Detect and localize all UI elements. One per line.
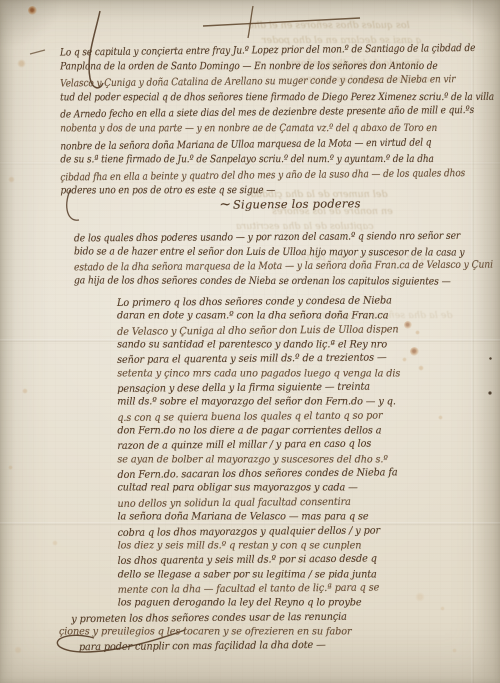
- manuscript-line: mill ds.º sobre el mayorazgo del señor d…: [117, 396, 400, 410]
- manuscript-line: cultad real para obligar sus mayorazgos …: [117, 482, 400, 496]
- manuscript-line: dello se llegase a saber por su legitima…: [118, 568, 401, 582]
- manuscript-line: de Velasco y Çuniga al dho señor don Lui…: [117, 323, 400, 340]
- manuscript-line: setenta y çinco mrs cada uno pagados lue…: [117, 367, 400, 381]
- heading-text: Siguense los poderes: [233, 196, 361, 211]
- manuscript-line: uno dellos yn solidun la qual facultad c…: [117, 495, 400, 512]
- manuscript-line: para poder cunplir con mas façilidad la …: [79, 638, 401, 655]
- manuscript-page: los quales dhos señores en el dho q ansi…: [0, 0, 500, 683]
- manuscript-line: daran en dote y casam.º con la dha señor…: [117, 310, 400, 324]
- paragraph-opening: Lo q se capitula y conçierta entre fray …: [60, 42, 494, 200]
- paragraph-first-chapter: Lo primero q los dhos señores conde y co…: [117, 295, 401, 654]
- manuscript-line: mente con la dha — facultad el tanto de …: [118, 581, 401, 598]
- manuscript-line: los paguen derogando la ley del Reyno q …: [118, 597, 401, 611]
- ink-layer: Lo q se capitula y conçierta entre fray …: [0, 0, 500, 683]
- manuscript-line: de los quales dhos poderes usando — y po…: [74, 230, 493, 247]
- manuscript-line: señor para el quarenta y seis mill ds.º …: [117, 352, 400, 369]
- manuscript-line: cobra q los dhos mayorazgos y qualquier …: [118, 524, 401, 541]
- heading-flourish: ~: [219, 197, 229, 213]
- paragraph-powers-intro: de los quales dhos poderes usando — y po…: [74, 231, 493, 289]
- manuscript-line: la señora doña Mariana de Velasco — mas …: [118, 511, 401, 525]
- manuscript-line: los diez y seis mill ds.º q restan y con…: [118, 539, 401, 553]
- manuscript-line: se ayan de bolber al mayorazgo y susceso…: [117, 453, 400, 467]
- manuscript-line: razon de a quinze mill el millar / y par…: [117, 438, 400, 455]
- manuscript-line: ga hija de los dhos señores condes de Ni…: [74, 274, 493, 290]
- manuscript-line: y prometen los dhos señores condes usar …: [71, 610, 401, 627]
- section-heading: ~ Siguense los poderes: [200, 195, 380, 213]
- manuscript-line: q.s con q se quiera buena los quales q e…: [117, 409, 400, 426]
- manuscript-line: los dhos quarenta y seis mill ds.º por s…: [118, 552, 401, 569]
